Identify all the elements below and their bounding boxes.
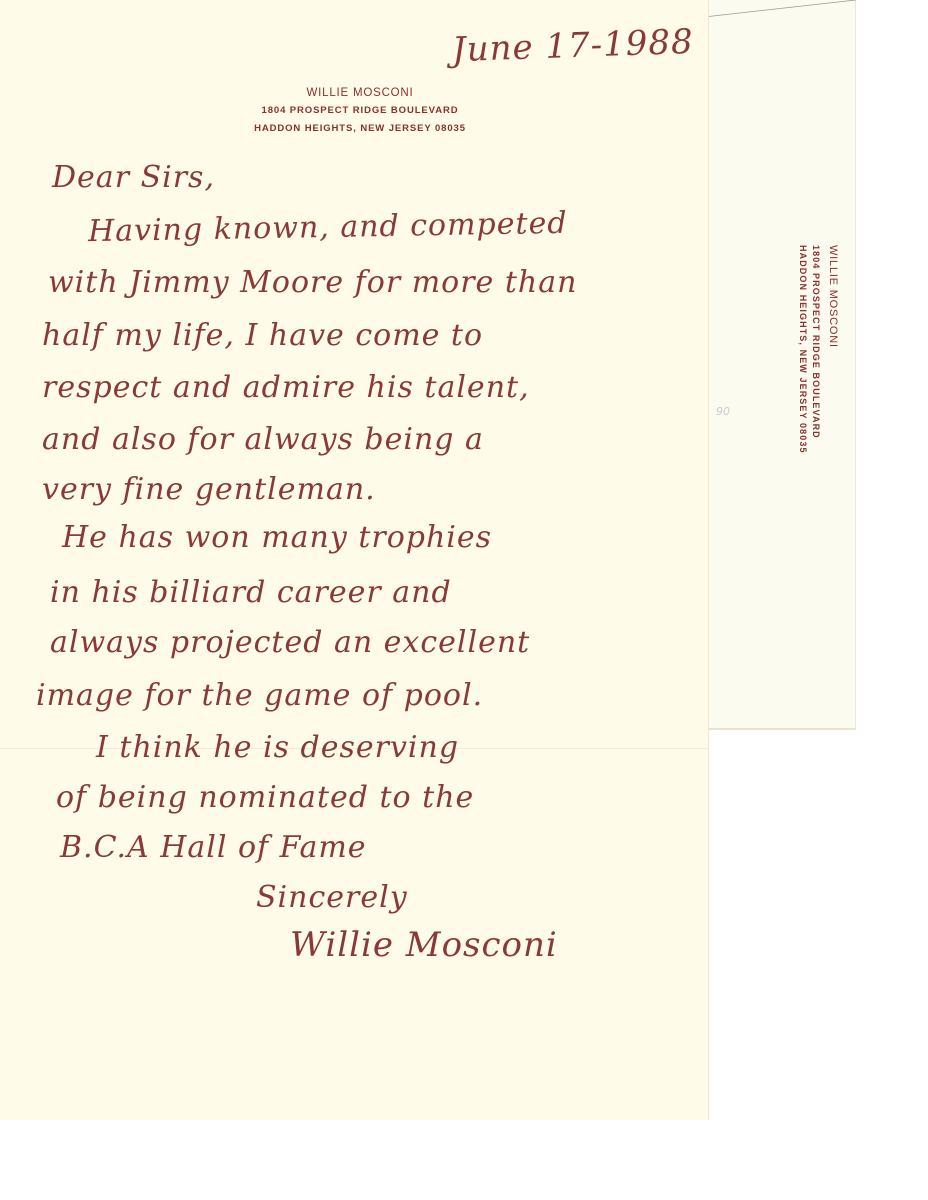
letterhead-street: 1804 PROSPECT RIDGE BOULEVARD bbox=[240, 102, 480, 120]
body-line-13: B.C.A Hall of Fame bbox=[60, 830, 367, 865]
envelope-flap-edge bbox=[704, 0, 856, 20]
body-line-4: respect and admire his talent, bbox=[42, 370, 530, 405]
envelope-return-name: WILLIE MOSCONI bbox=[826, 245, 840, 485]
envelope-return-street: 1804 PROSPECT RIDGE BOULEVARD bbox=[809, 245, 822, 485]
body-line-1: Having known, and competed bbox=[88, 206, 568, 249]
body-line-12: of being nominated to the bbox=[56, 780, 474, 815]
signature: Willie Mosconi bbox=[290, 925, 558, 965]
letterhead-name: WILLIE MOSCONI bbox=[240, 84, 480, 102]
closing: Sincerely bbox=[256, 880, 408, 915]
letter-sheet: June 17-1988 WILLIE MOSCONI 1804 PROSPEC… bbox=[0, 0, 708, 1120]
body-line-10: image for the game of pool. bbox=[36, 678, 483, 713]
body-line-8: in his billiard career and bbox=[50, 575, 452, 610]
body-line-5: and also for always being a bbox=[42, 422, 484, 457]
envelope-return-city: HADDON HEIGHTS, NEW JERSEY 08035 bbox=[796, 245, 809, 485]
letterhead: WILLIE MOSCONI 1804 PROSPECT RIDGE BOULE… bbox=[240, 84, 480, 138]
envelope-return-address: WILLIE MOSCONI 1804 PROSPECT RIDGE BOULE… bbox=[760, 245, 840, 485]
body-line-6: very fine gentleman. bbox=[42, 472, 376, 507]
salutation: Dear Sirs, bbox=[52, 160, 215, 195]
envelope-pencil-mark: 90 bbox=[716, 405, 730, 418]
body-line-11: I think he is deserving bbox=[96, 730, 459, 765]
body-line-2: with Jimmy Moore for more than bbox=[48, 265, 577, 300]
letterhead-city: HADDON HEIGHTS, NEW JERSEY 08035 bbox=[240, 120, 480, 138]
body-line-7: He has won many trophies bbox=[62, 520, 492, 555]
letter-date: June 17-1988 bbox=[451, 22, 694, 70]
body-line-3: half my life, I have come to bbox=[42, 318, 483, 353]
body-line-9: always projected an excellent bbox=[50, 625, 530, 660]
